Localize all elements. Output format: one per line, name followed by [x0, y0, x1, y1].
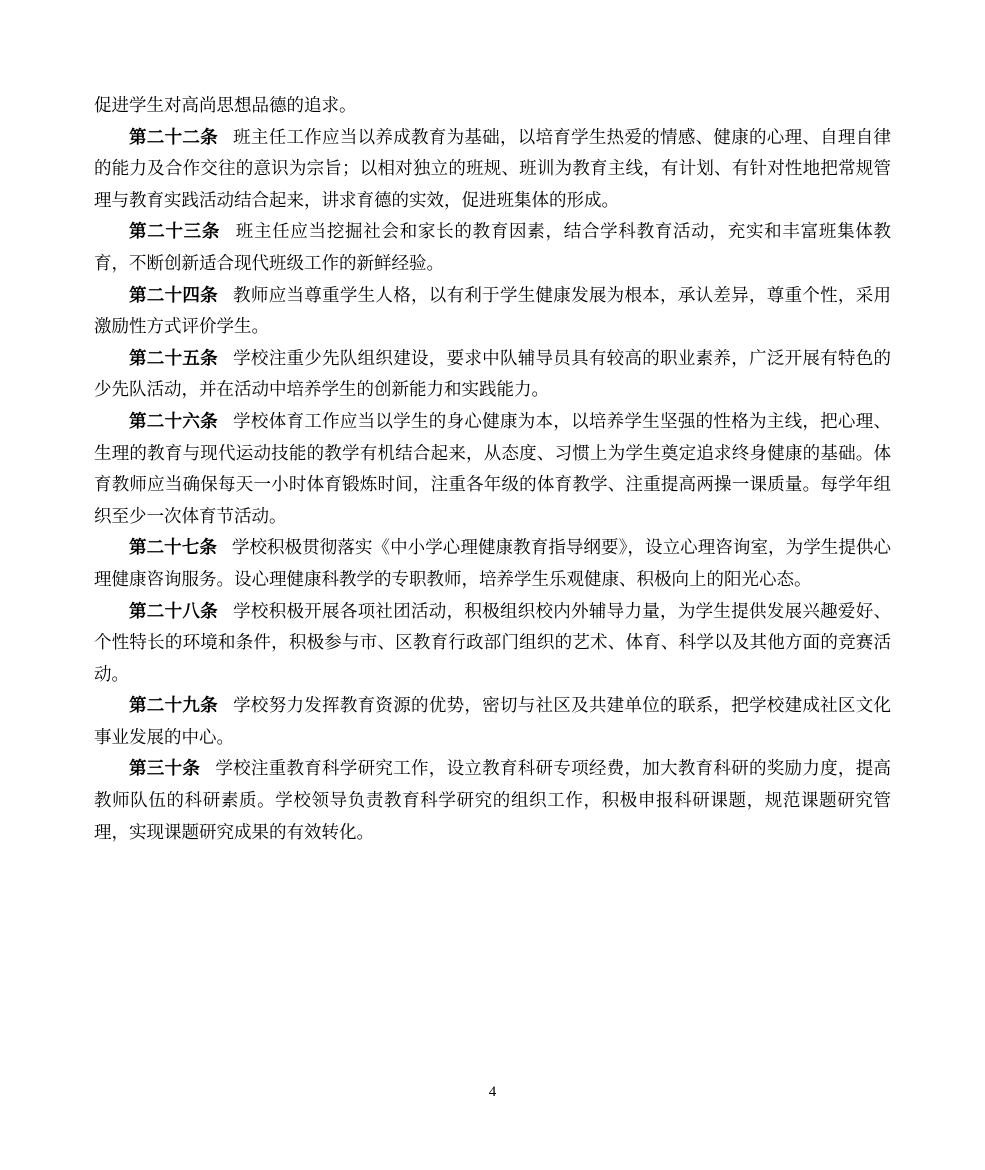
- article-text: 学校注重教育科学研究工作，设立教育科研专项经费，加大教育科研的奖励力度，提高教师…: [94, 758, 891, 841]
- article-paragraph-22: 第二十二条班主任工作应当以养成教育为基础，以培育学生热爱的情感、健康的心理、自理…: [94, 122, 891, 217]
- article-number: 第二十二条: [129, 127, 218, 147]
- article-paragraph-30: 第三十条学校注重教育科学研究工作，设立教育科研专项经费，加大教育科研的奖励力度，…: [94, 753, 891, 848]
- document-page: 促进学生对高尚思想品德的追求。 第二十二条班主任工作应当以养成教育为基础，以培育…: [0, 0, 985, 1170]
- page-footer: 4: [0, 1081, 985, 1103]
- page-body-text: 促进学生对高尚思想品德的追求。 第二十二条班主任工作应当以养成教育为基础，以培育…: [94, 90, 891, 848]
- page-number: 4: [489, 1084, 497, 1100]
- article-paragraph-25: 第二十五条学校注重少先队组织建设，要求中队辅导员具有较高的职业素养，广泛开展有特…: [94, 343, 891, 406]
- article-number: 第三十条: [129, 758, 200, 778]
- article-number: 第二十六条: [129, 411, 218, 431]
- article-paragraph-24: 第二十四条教师应当尊重学生人格，以有利于学生健康发展为根本，承认差异，尊重个性，…: [94, 280, 891, 343]
- article-paragraph-27: 第二十七条学校积极贯彻落实《中小学心理健康教育指导纲要》，设立心理咨询室，为学生…: [94, 532, 891, 595]
- continuation-paragraph: 促进学生对高尚思想品德的追求。: [94, 90, 891, 122]
- article-number: 第二十五条: [129, 348, 218, 368]
- article-number: 第二十九条: [129, 695, 218, 715]
- article-number: 第二十四条: [129, 285, 218, 305]
- article-paragraph-23: 第二十三条班主任应当挖掘社会和家长的教育因素，结合学科教育活动，充实和丰富班集体…: [94, 216, 891, 279]
- continuation-text: 促进学生对高尚思想品德的追求。: [94, 95, 357, 115]
- article-paragraph-29: 第二十九条学校努力发挥教育资源的优势，密切与社区及共建单位的联系，把学校建成社区…: [94, 690, 891, 753]
- article-number: 第二十七条: [129, 537, 217, 557]
- article-paragraph-28: 第二十八条学校积极开展各项社团活动，积极组织校内外辅导力量，为学生提供发展兴趣爱…: [94, 596, 891, 691]
- article-paragraph-26: 第二十六条学校体育工作应当以学生的身心健康为本，以培养学生坚强的性格为主线，把心…: [94, 406, 891, 532]
- article-number: 第二十八条: [129, 601, 218, 621]
- article-number: 第二十三条: [129, 221, 220, 241]
